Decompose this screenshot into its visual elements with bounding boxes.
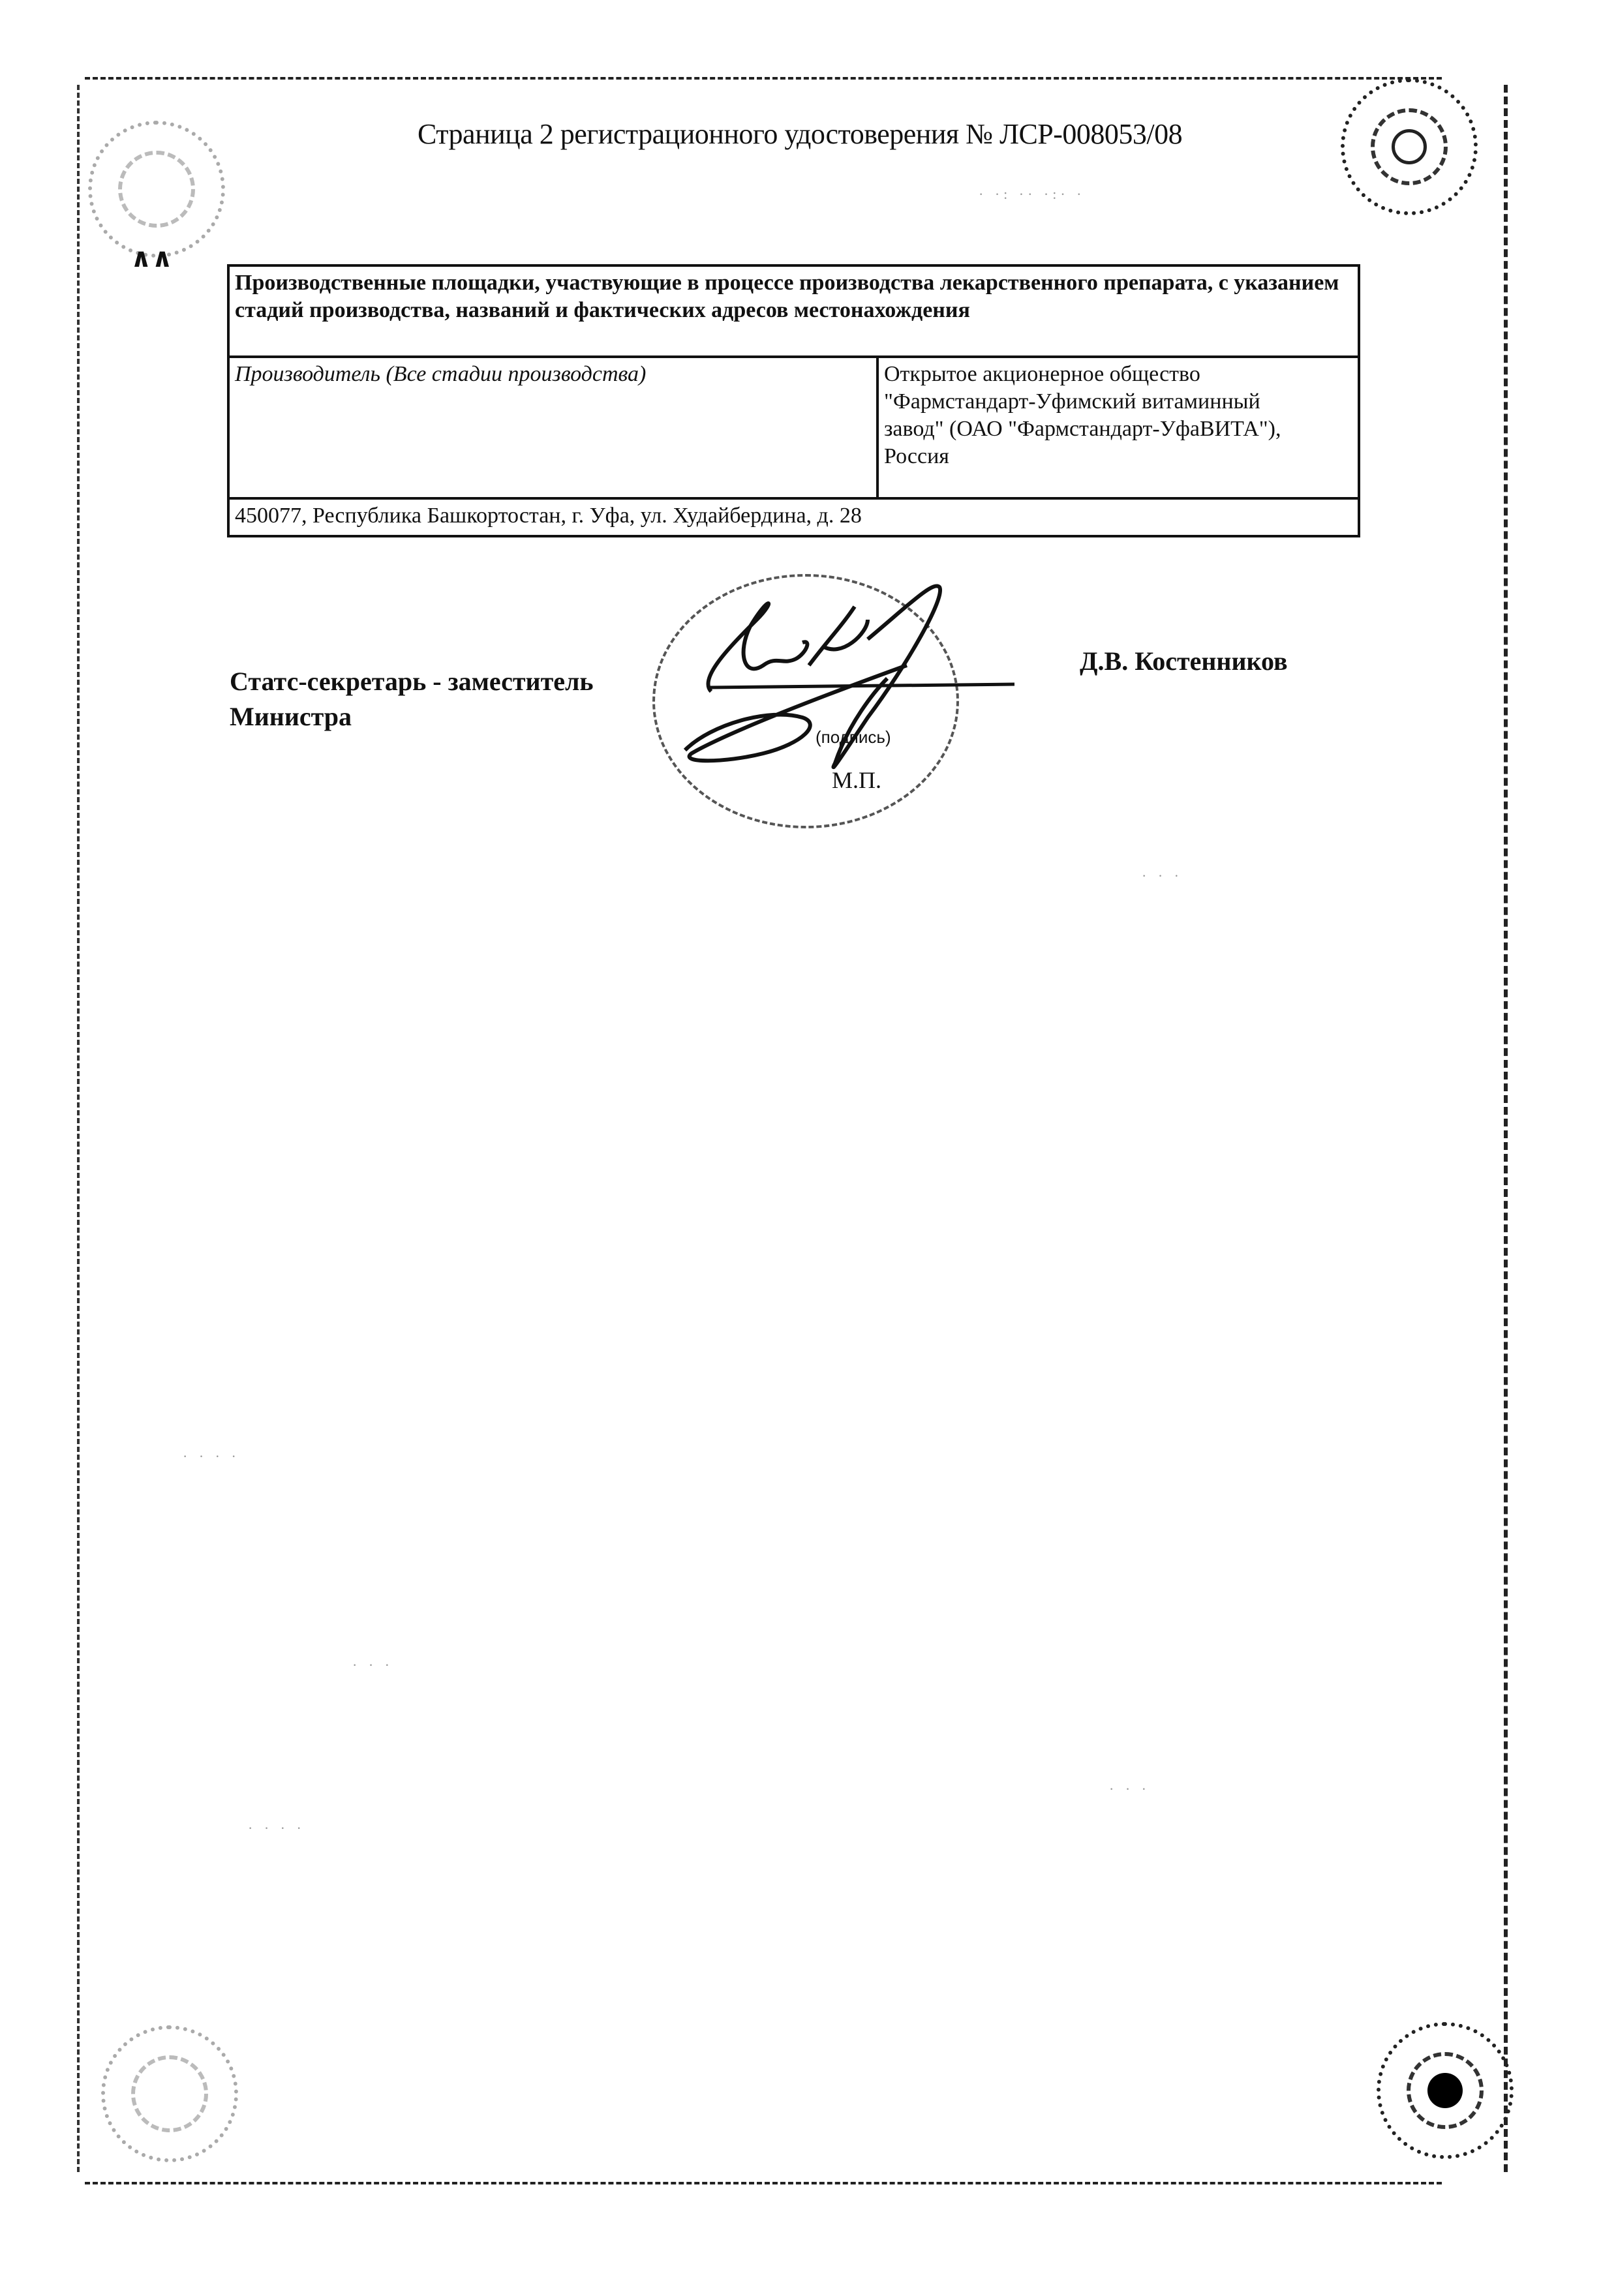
manufacturer-role-cell: Производитель (Все стадии производства) (228, 357, 877, 498)
rosette-ornament-icon (101, 2025, 238, 2162)
organization-line: Открытое акционерное общество (884, 361, 1352, 388)
page-title: Страница 2 регистрационного удостоверени… (418, 117, 1182, 151)
organization-country: Россия (884, 443, 1352, 470)
scan-noise: · · · (1109, 1781, 1150, 1798)
signatory-name: Д.В. Костенников (1080, 646, 1288, 676)
position-line: Министра (230, 699, 594, 734)
rosette-core (1392, 129, 1427, 164)
position-line: Статс-секретарь - заместитель (230, 664, 594, 699)
registration-certificate-page: ∧∧ Страница 2 регистрационного удостовер… (0, 0, 1601, 2296)
organization-line: завод" (ОАО "Фармстандарт-УфаВИТА"), (884, 415, 1352, 443)
table-header-cell: Производственные площадки, участвующие в… (228, 265, 1359, 357)
frame-border-left (77, 85, 80, 2172)
signature-caption: (подпись) (816, 727, 891, 748)
scan-noise: · ·: ·· ·:· · (979, 186, 1086, 203)
signatory-position: Статс-секретарь - заместитель Министра (230, 664, 594, 734)
table-header-row: Производственные площадки, участвующие в… (228, 265, 1359, 357)
frame-border-bottom (85, 2182, 1442, 2184)
manufacturer-organization-cell: Открытое акционерное общество "Фармстанд… (877, 357, 1359, 498)
rosette-core (152, 2076, 187, 2111)
scan-noise: · · · (352, 1657, 393, 1674)
frame-border-right (1504, 85, 1508, 2172)
address-cell: 450077, Республика Башкортостан, г. Уфа,… (228, 498, 1359, 536)
rosette-ornament-icon (1377, 2022, 1514, 2159)
rosette-ornament-icon (88, 121, 225, 258)
rosette-core (1427, 2073, 1463, 2108)
production-sites-table: Производственные площадки, участвующие в… (227, 264, 1360, 537)
scan-noise: · · · · (248, 1820, 305, 1837)
stamp-place-label: М.П. (832, 766, 881, 794)
scan-noise: · · · (1142, 868, 1183, 884)
frame-border-top (85, 77, 1442, 80)
table-row: Производитель (Все стадии производства) … (228, 357, 1359, 498)
scan-noise: · · · · (183, 1448, 240, 1465)
rosette-core (139, 172, 174, 207)
corner-tab-ornament-icon: ∧∧ (130, 243, 173, 273)
organization-line: "Фармстандарт-Уфимский витаминный (884, 388, 1352, 415)
rosette-ornament-icon (1341, 78, 1478, 215)
table-row: 450077, Республика Башкортостан, г. Уфа,… (228, 498, 1359, 536)
handwritten-signature (672, 567, 1037, 783)
